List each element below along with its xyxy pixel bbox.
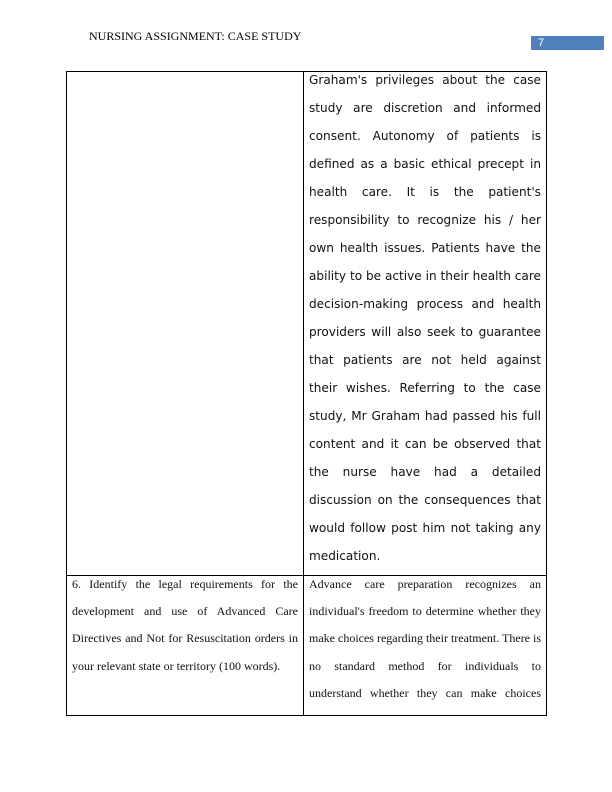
- document-header-title: NURSING ASSIGNMENT: CASE STUDY: [89, 29, 301, 44]
- answer-text: Graham's privileges about the case study…: [304, 66, 546, 570]
- table-row: 6. Identify the legal requirements for t…: [67, 576, 547, 716]
- table-cell-answer: Graham's privileges about the case study…: [304, 72, 547, 576]
- case-study-table: Graham's privileges about the case study…: [66, 71, 547, 716]
- table-cell-question: 6. Identify the legal requirements for t…: [67, 576, 304, 716]
- question-text: 6. Identify the legal requirements for t…: [67, 571, 303, 680]
- table-cell-answer: Advance care preparation recognizes an i…: [304, 576, 547, 716]
- table-cell-question: [67, 72, 304, 576]
- page-number-badge: 7: [531, 36, 604, 50]
- answer-text: Advance care preparation recognizes an i…: [304, 571, 546, 707]
- table-row: Graham's privileges about the case study…: [67, 72, 547, 576]
